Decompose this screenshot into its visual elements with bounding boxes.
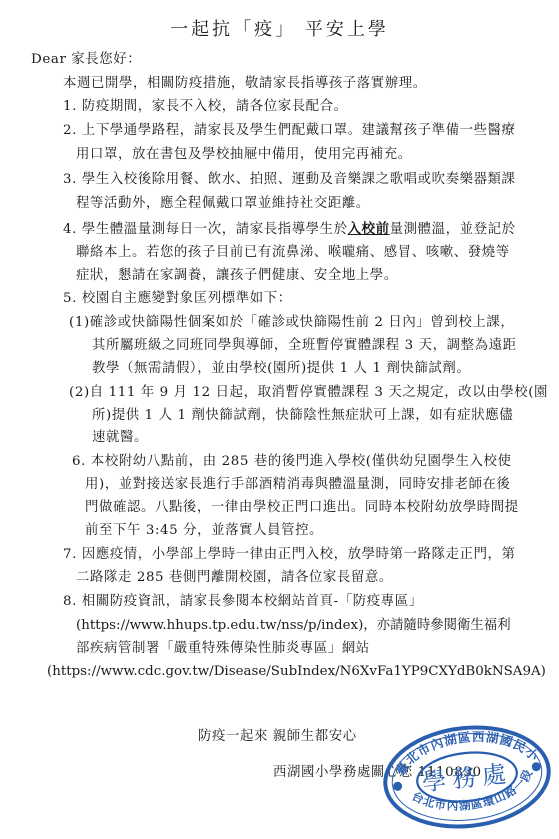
item-6-line-3: 門做確認。八點後，一律由學校正門口進出。同時本校附幼放學時間提 [85, 500, 519, 516]
item-3-line-1: 3. 學生入校後除用餐、飲水、拍照、運動及音樂課之歌唱或吹奏樂器類課 [63, 172, 516, 188]
item-6-line-1: 6. 本校附幼八點前，由 285 巷的後門進入學校(僅供幼兒園學生入校使 [72, 454, 511, 470]
item-4-line-2: 聯絡本上。若您的孩子目前已有流鼻涕、喉嚨痛、感冒、咳嗽、發燒等 [76, 245, 510, 261]
item-7-line-1: 7. 因應疫情，小學部上學時一律由正門入校，放學時第一路隊走正門，第 [63, 547, 516, 563]
greeting: Dear 家長您好： [31, 52, 141, 68]
item-4-suffix: 量測體溫，並登記於 [390, 222, 516, 237]
seal-icon: 臺北市內湖區西湖國民小學 台北市內湖區環山路一段25號 學務處 [381, 724, 553, 830]
document-title: 一起抗「疫」 平安上學 [0, 18, 559, 42]
item-5-sub-2-line-2: 所)提供 1 人 1 劑快篩試劑，快篩陰性無症狀可上課，如有症狀應儘 [92, 408, 513, 424]
item-8-line-1: 8. 相關防疫資訊，請家長參閱本校網站首頁-「防疫專區」 [63, 594, 423, 610]
item-2-line-2: 用口罩，放在書包及學校抽屜中備用，使用完再補充。 [76, 147, 412, 163]
item-5-sub-1-line-1: (1)確診或快篩陽性個案如於「確診或快篩陽性前 2 日內」曾到校上課， [69, 315, 514, 331]
item-4-prefix: 4. 學生體溫量測每日一次，請家長指導學生於 [63, 222, 348, 237]
item-2-line-1: 2. 上下學通學路程，請家長及學生們配戴口罩。建議幫孩子準備一些醫療 [63, 123, 516, 139]
item-5-sub-1-line-2: 其所屬班級之同班同學與導師，全班暫停實體課程 3 天，調整為遠距 [92, 338, 517, 354]
item-3-line-2: 程等活動外，應全程佩戴口罩並維持社交距離。 [76, 196, 370, 212]
item-4-line-3: 症狀，懇請在家調養，讓孩子們健康、安全地上學。 [76, 268, 398, 284]
item-4-line-1: 4. 學生體溫量測每日一次，請家長指導學生於入校前量測體溫，並登記於 [63, 221, 516, 238]
notice-page: 一起抗「疫」 平安上學 Dear 家長您好： 本週已開學，相關防疫措施，敬請家長… [0, 0, 559, 839]
item-6-line-2: 用)，並對接送家長進行手部酒精消毒與體溫量測，同時安排老師在後 [85, 477, 511, 493]
item-6-line-4: 前至下午 3:45 分，並落實人員管控。 [85, 523, 323, 539]
school-seal-stamp: 臺北市內湖區西湖國民小學 台北市內湖區環山路一段25號 學務處 [381, 724, 553, 830]
item-1-line-1: 1. 防疫期間，家長不入校，請各位家長配合。 [63, 99, 348, 115]
item-8-url-cdc[interactable]: (https://www.cdc.gov.tw/Disease/SubIndex… [47, 664, 546, 680]
item-5-sub-1-line-3: 教學（無需請假），並由學校(園所)提供 1 人 1 劑快篩試劑。 [92, 361, 470, 377]
item-8-line-3: 部疾病管制署「嚴重特殊傳染性肺炎專區」網站 [76, 641, 370, 657]
item-5-line-1: 5. 校園自主應變對象匡列標準如下： [63, 291, 292, 307]
item-5-sub-2-line-3: 速就醫。 [92, 430, 148, 446]
item-7-line-2: 二路隊走 285 巷側門離開校園，請各位家長留意。 [76, 570, 393, 586]
closing-slogan: 防疫一起來 親師生都安心 [198, 729, 357, 745]
intro-text: 本週已開學，相關防疫措施，敬請家長指導孩子落實辦理。 [63, 76, 427, 92]
item-8-url-school[interactable]: (https://www.hhups.tp.edu.tw/nss/p/index… [76, 618, 511, 634]
emphasis-before-entering-school: 入校前 [348, 221, 390, 237]
item-5-sub-2-line-1: (2)自 111 年 9 月 12 日起，取消暫停實體課程 3 天之規定，改以由… [69, 385, 548, 401]
